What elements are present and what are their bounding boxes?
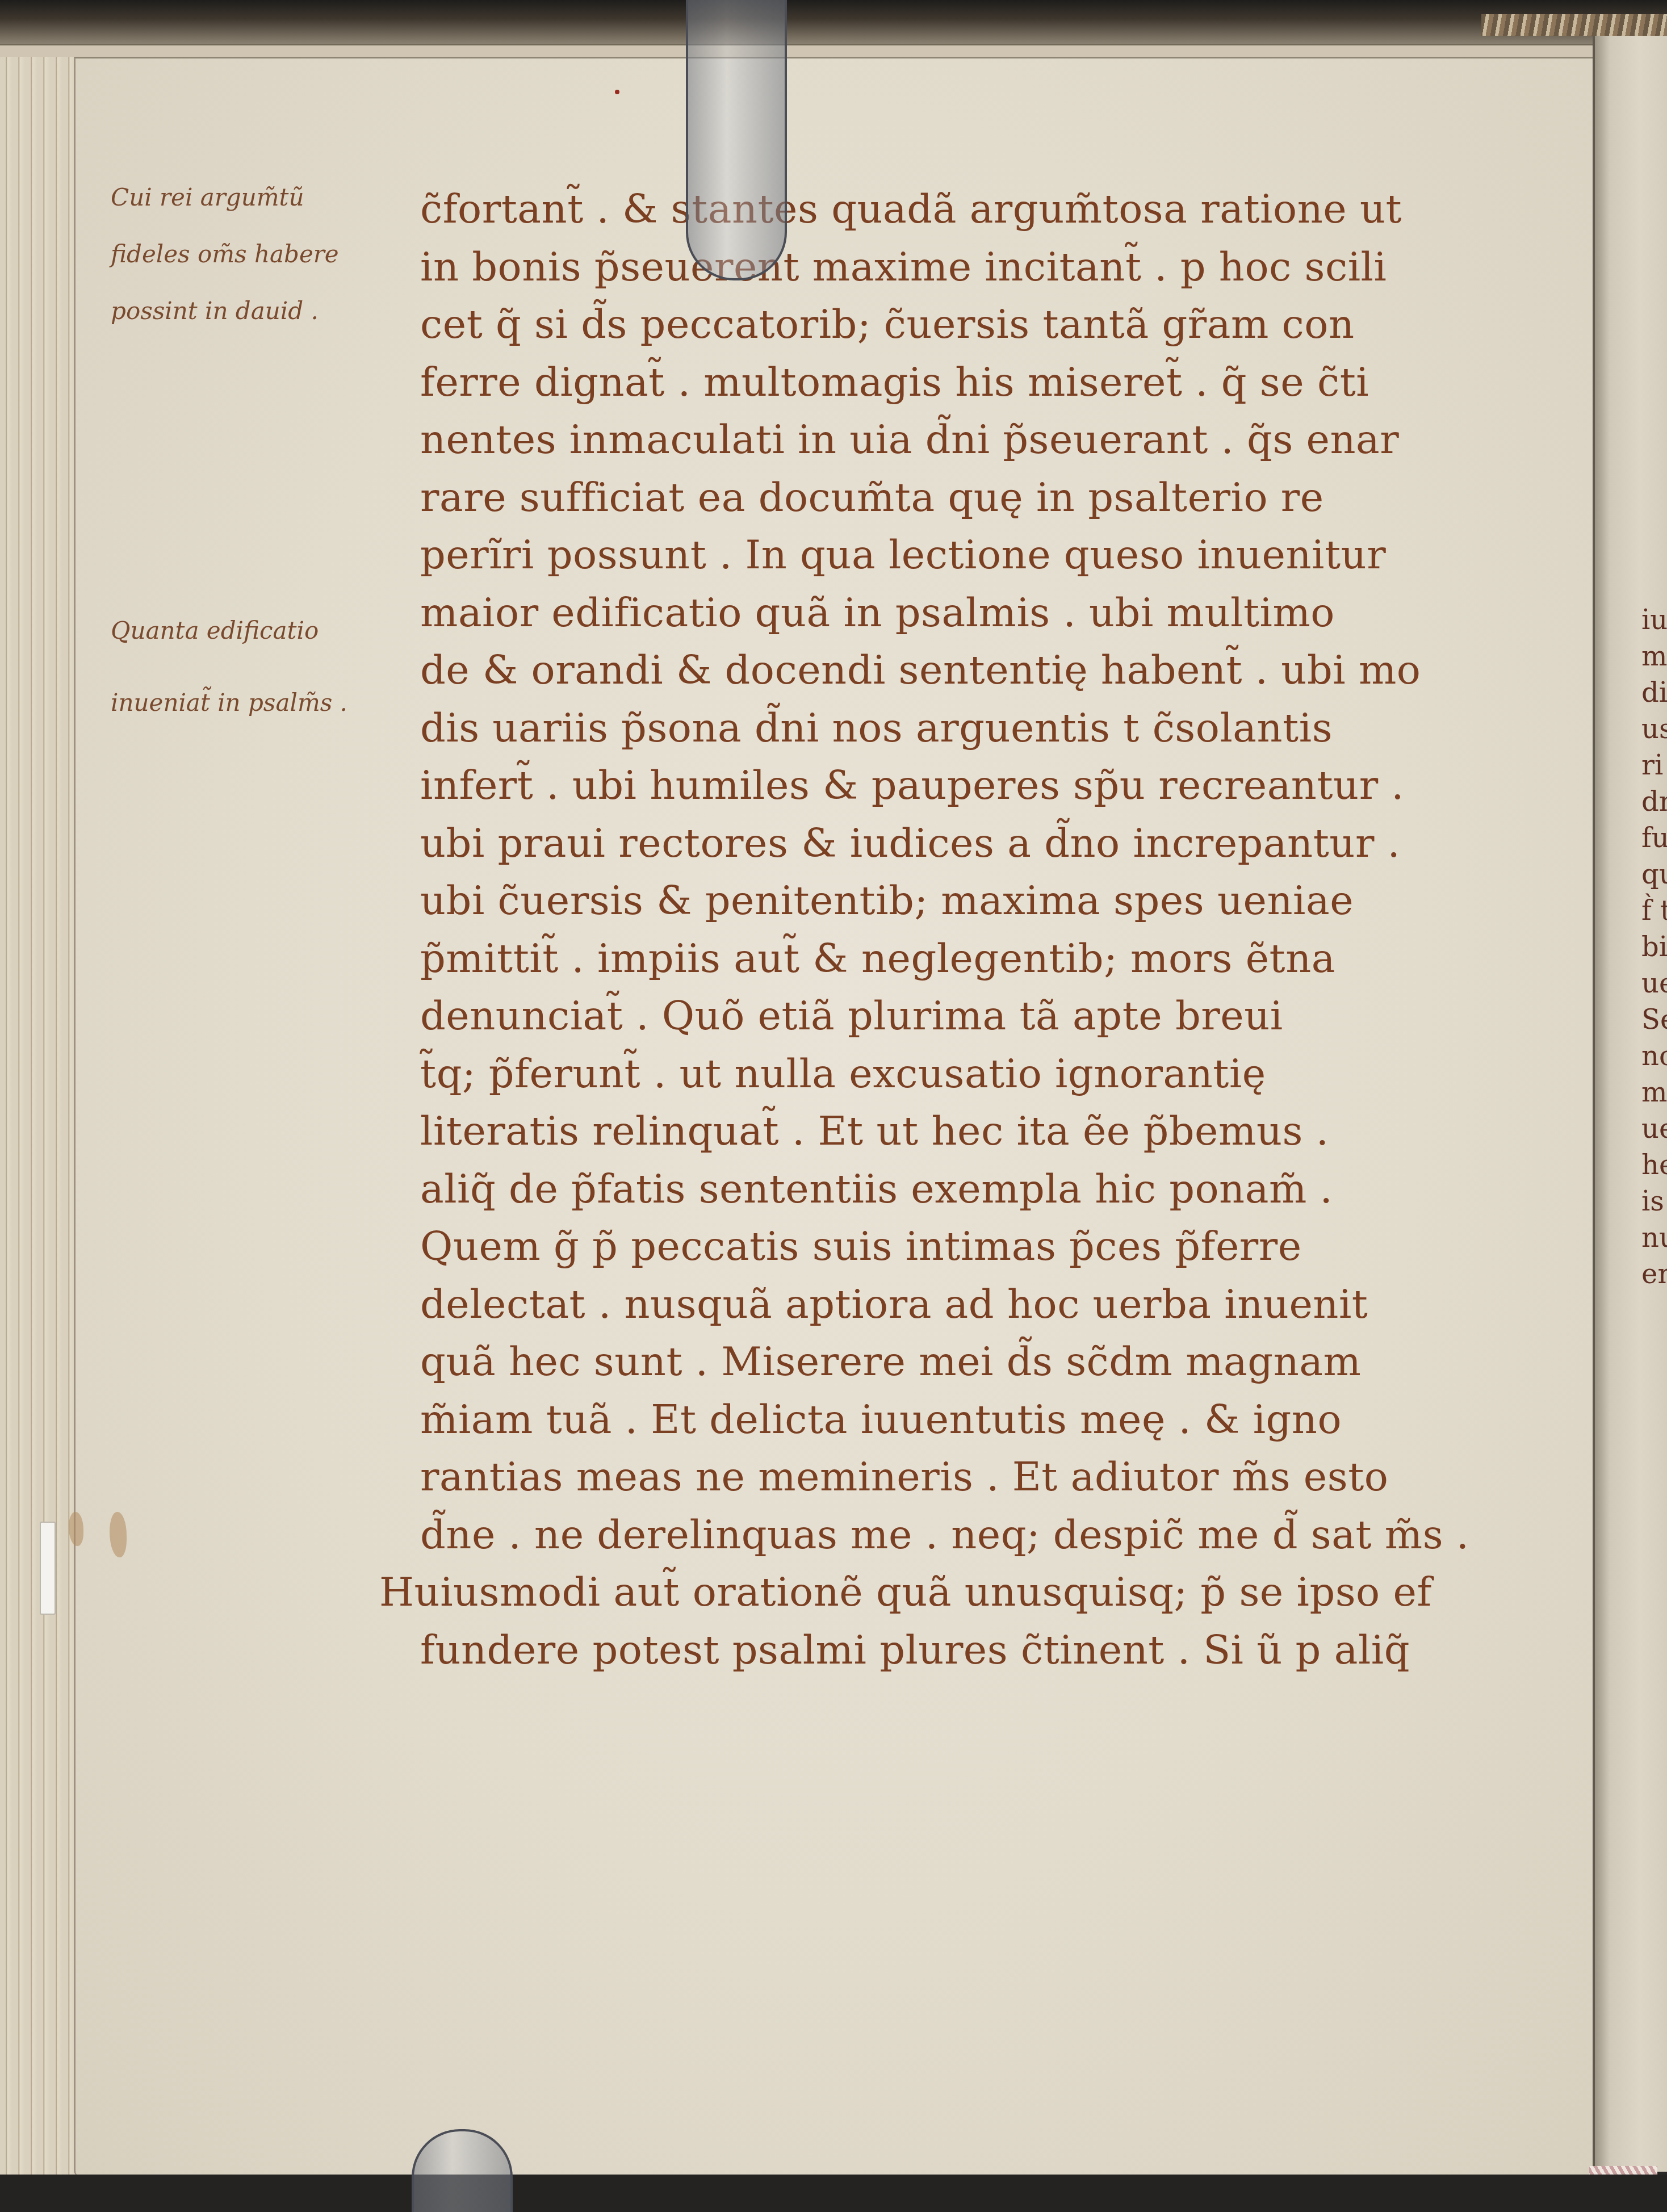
text-line: t̃q; p̃ferunt̃ . ut nulla excusatio igno… [420,1045,1527,1103]
text-line: rantias meas ne memineris . Et adiutor m… [420,1448,1527,1506]
main-text-column: c̃fortant̃ . & stantes quadã argum̃tosa… [420,181,1527,1679]
text-line: maior edificatio quã in psalmis . ubi m… [420,584,1527,642]
foxing-stain [69,1512,83,1546]
facing-page: iu m di us ri dne fum qui f̀ t bis uer S… [1593,31,1667,2172]
text-line: denunciat̃ . Quõ etiã plurima tã apte… [420,987,1527,1045]
text-line: infert̃ . ubi humiles & pauperes sp̃u re… [420,757,1527,815]
foxing-stain [110,1512,127,1557]
marginal-gloss-2: Quanta edificatio inueniat̃ in psalm̃s . [111,616,347,718]
text-line: delectat . nusquã aptiora ad hoc uerba … [420,1276,1527,1334]
text-line: ferre dignat̃ . multomagis his miseret̃ … [420,354,1527,412]
text-line: m̃iam tuã . Et delicta iuuentutis meę … [420,1391,1527,1449]
text-line: Huiusmodi aut̃ orationẽ quã unusquisq;… [379,1564,1527,1622]
facing-page-text: iu m di us ri dne fum qui f̀ t bis uer S… [1641,602,1667,1292]
text-line: rare sufficiat ea docum̃ta quę in psalt… [420,469,1527,527]
book-cradle-top [0,0,1667,62]
text-line: ubi praui rectores & iudices a d̃no incr… [420,815,1527,873]
text-line: perĩri possunt . In qua lectione queso … [420,526,1527,584]
cradle-bottom [0,2175,1667,2212]
text-line: aliq̃ de p̃fatis sententiis exempla hic … [420,1161,1527,1218]
page-holder-clip-top [686,0,787,280]
text-line: literatis relinquat̃ . Et ut hec ita ẽe… [420,1103,1527,1161]
text-line: fundere potest psalmi plures c̃tinent . … [420,1622,1527,1679]
gilded-top-edge [1481,14,1667,36]
page-stack-edges [0,57,79,2180]
text-line: p̃mittit̃ . impiis aut̃ & neglegentib; m… [420,930,1527,988]
text-line: Quem g̃ p̃ peccatis suis intimas p̃ces p… [420,1218,1527,1276]
text-line: in bonis p̃seuerent maxime incitant̃ . p… [420,238,1527,296]
marginal-gloss-1: Cui rei argum̃tũ fideles om̃s habere po… [111,183,339,326]
text-line: nentes inmaculati in uia d̃ni p̃seuerant… [420,411,1527,469]
bookmark-tab [40,1522,56,1615]
ink-dot [615,90,619,94]
text-line: de & orandi & docendi sententię habent̃… [420,642,1527,699]
text-line: cet q̃ si d̃s peccatorib; c̃uersis tanta… [420,296,1527,354]
text-line: d̃ne . ne derelinquas me . neq; despic̃ … [420,1506,1527,1564]
text-line: quã hec sunt . Miserere mei d̃s sc̃dm m… [420,1333,1527,1391]
text-line: c̃fortant̃ . & stantes quadã argum̃tosa… [420,181,1527,238]
text-line: ubi c̃uersis & penitentib; maxima spes u… [420,872,1527,930]
text-line: dis uariis p̃sona d̃ni nos arguentis t c… [420,699,1527,757]
